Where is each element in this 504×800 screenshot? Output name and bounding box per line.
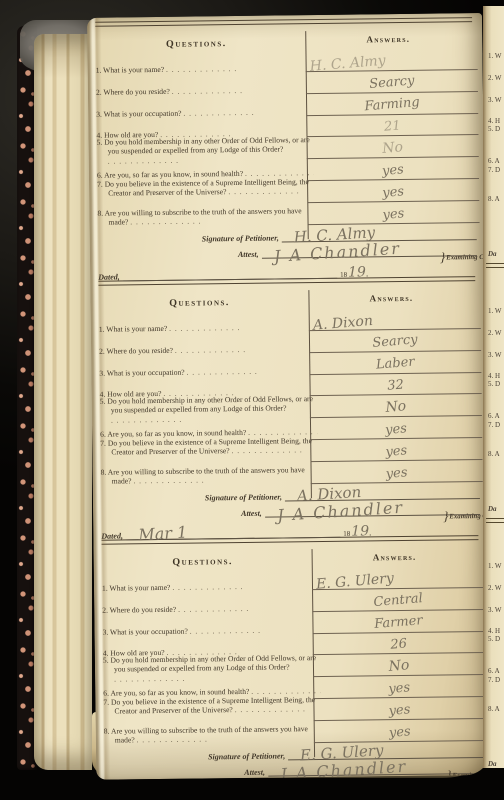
signature-label: Signature of Petitioner, [205,492,285,502]
petition-form-section-3: Questions. Answers. 1. What is your name… [93,541,491,780]
question-2: 2. Where do you reside? [96,85,313,98]
question-7: 7. Do you believe in the existence of a … [100,436,317,469]
question-1: 1. What is your name? [102,581,319,594]
question-5: 5. Do you hold membership in any other O… [96,135,313,168]
question-2: 2. Where do you reside? [102,603,319,616]
handwritten-date: Mar 1 [137,522,187,544]
dated-label: Dated, [98,272,123,281]
dated-row: Dated, 18 19 [98,262,368,281]
answers-header: Answers. [312,551,478,563]
petition-form-section-2: Questions. Answers. 1. What is your name… [90,282,488,539]
handwritten-year: 19 [348,264,366,280]
facing-page-rule [486,263,504,268]
signature-label: Signature of Petitioner, [208,751,288,761]
question-1: 1. What is your name? [99,322,316,335]
signature-row: Signature of Petitioner, E. G. Ulery [208,744,483,761]
question-7: 7. Do you believe in the existence of a … [103,695,320,728]
dated-row: Dated, Mar 1 18 19 [101,521,371,540]
question-2: 2. Where do you reside? [99,344,316,357]
question-7: 7. Do you believe in the existence of a … [97,177,314,210]
question-3: 3. What is your occupation? [99,366,316,379]
answers-header: Answers. [308,292,474,304]
facing-page-rule [486,518,504,523]
printed-year-prefix: 18 [337,271,348,279]
signature-row: Signature of Petitioner, H. C. Almy [202,226,477,243]
page-edges-stack [34,34,92,770]
question-8: 8. Are you willing to subscribe to the t… [104,724,321,747]
answers-header: Answers. [305,33,471,45]
ledger-page: Questions. Answers. 1. What is your name… [87,13,491,780]
signature-label: Signature of Petitioner, [202,233,282,243]
examining-committee-label: Examining Committee [446,767,491,780]
question-8: 8. Are you willing to subscribe to the t… [97,206,314,229]
question-1: 1. What is your name? [96,63,313,76]
question-3: 3. What is your occupation? [102,625,319,638]
dated-line: Mar 1 [126,523,341,541]
attest-label: Attest, [244,768,268,777]
petition-form-section-1: Questions. Answers. 1. What is your name… [87,23,485,280]
handwritten-year: 19 [351,523,369,539]
attest-label: Attest, [238,250,262,259]
printed-year-prefix: 18 [340,530,351,538]
attest-label: Attest, [241,509,265,518]
facing-page-edge: 1. W 2. W 3. W 4. H 5. D 6. A 7. D 8. A … [483,6,504,768]
questions-header: Questions. [87,37,305,51]
questions-header: Questions. [94,555,312,569]
question-8: 8. Are you willing to subscribe to the t… [101,465,318,488]
question-5: 5. Do you hold membership in any other O… [100,394,317,427]
dated-label: Dated, [101,531,126,540]
question-5: 5. Do you hold membership in any other O… [103,653,320,686]
question-3: 3. What is your occupation? [96,107,313,120]
questions-header: Questions. [90,296,308,310]
signature-row: Signature of Petitioner, A. Dixon [205,485,480,502]
dated-line [123,264,338,282]
